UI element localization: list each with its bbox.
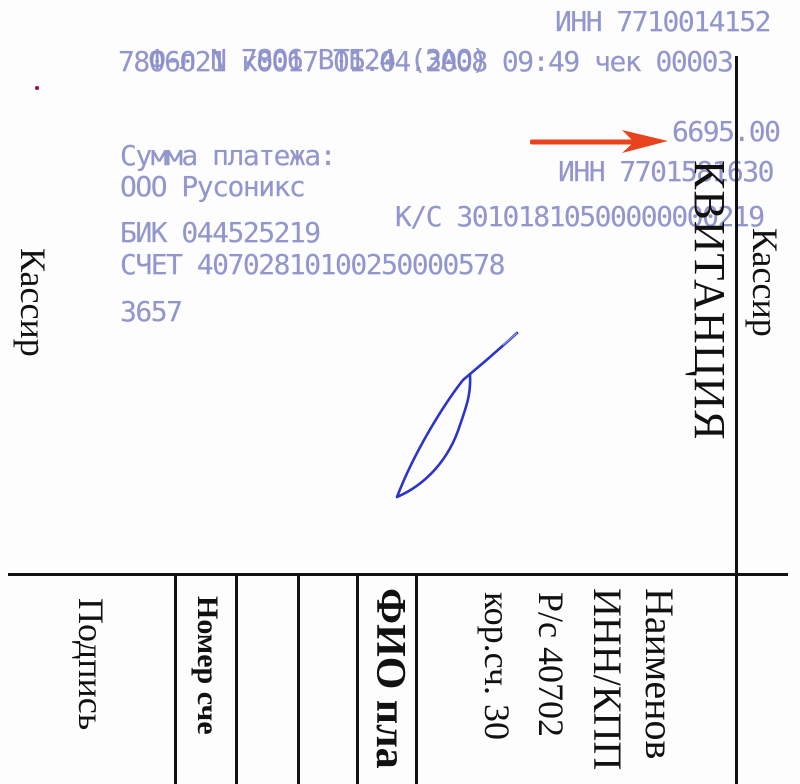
- signature-label: Подпись: [70, 598, 112, 730]
- receipt-terminal-line: 7806021 к0017 01.04.2008 09:49 чек 00003: [118, 48, 732, 76]
- payee-inn: ИНН 7701581630: [558, 158, 773, 186]
- column-line: [235, 576, 238, 784]
- account-number-label: Номер сче: [190, 596, 224, 735]
- inn-kpp-label: ИНН/КПП: [584, 588, 631, 770]
- bik: БИК 044525219: [120, 219, 320, 247]
- divider-vertical-right: [735, 56, 738, 784]
- form-title: КВИТАНЦИЯ: [684, 160, 735, 441]
- column-line: [297, 576, 300, 784]
- receipt-bank-inn: ИНН 7710014152: [555, 8, 770, 36]
- rs-label: Р/с 40702: [530, 592, 572, 737]
- ink-spot: [35, 86, 39, 90]
- column-line: [174, 576, 177, 784]
- amount-value: 6695.00: [672, 118, 780, 146]
- arrow-icon: [530, 126, 670, 156]
- amount-label: Сумма платежа:: [120, 142, 335, 170]
- cashier-label-left: Кассир: [12, 248, 54, 357]
- extra-code: 3657: [120, 298, 181, 326]
- payee-account: СЧЕТ 40702810100250000578: [120, 251, 504, 279]
- korr-account-label: кор.сч. 30: [476, 592, 518, 740]
- payer-name-label: ФИО пла: [366, 588, 414, 769]
- cashier-label-right: Кассир: [744, 228, 786, 337]
- signature: [385, 325, 525, 515]
- recipient-name-label: Наименов: [636, 588, 683, 759]
- payee-name: ООО Русоникс: [120, 173, 304, 201]
- column-line: [415, 576, 418, 784]
- column-line: [356, 576, 359, 784]
- divider-horizontal: [8, 573, 788, 576]
